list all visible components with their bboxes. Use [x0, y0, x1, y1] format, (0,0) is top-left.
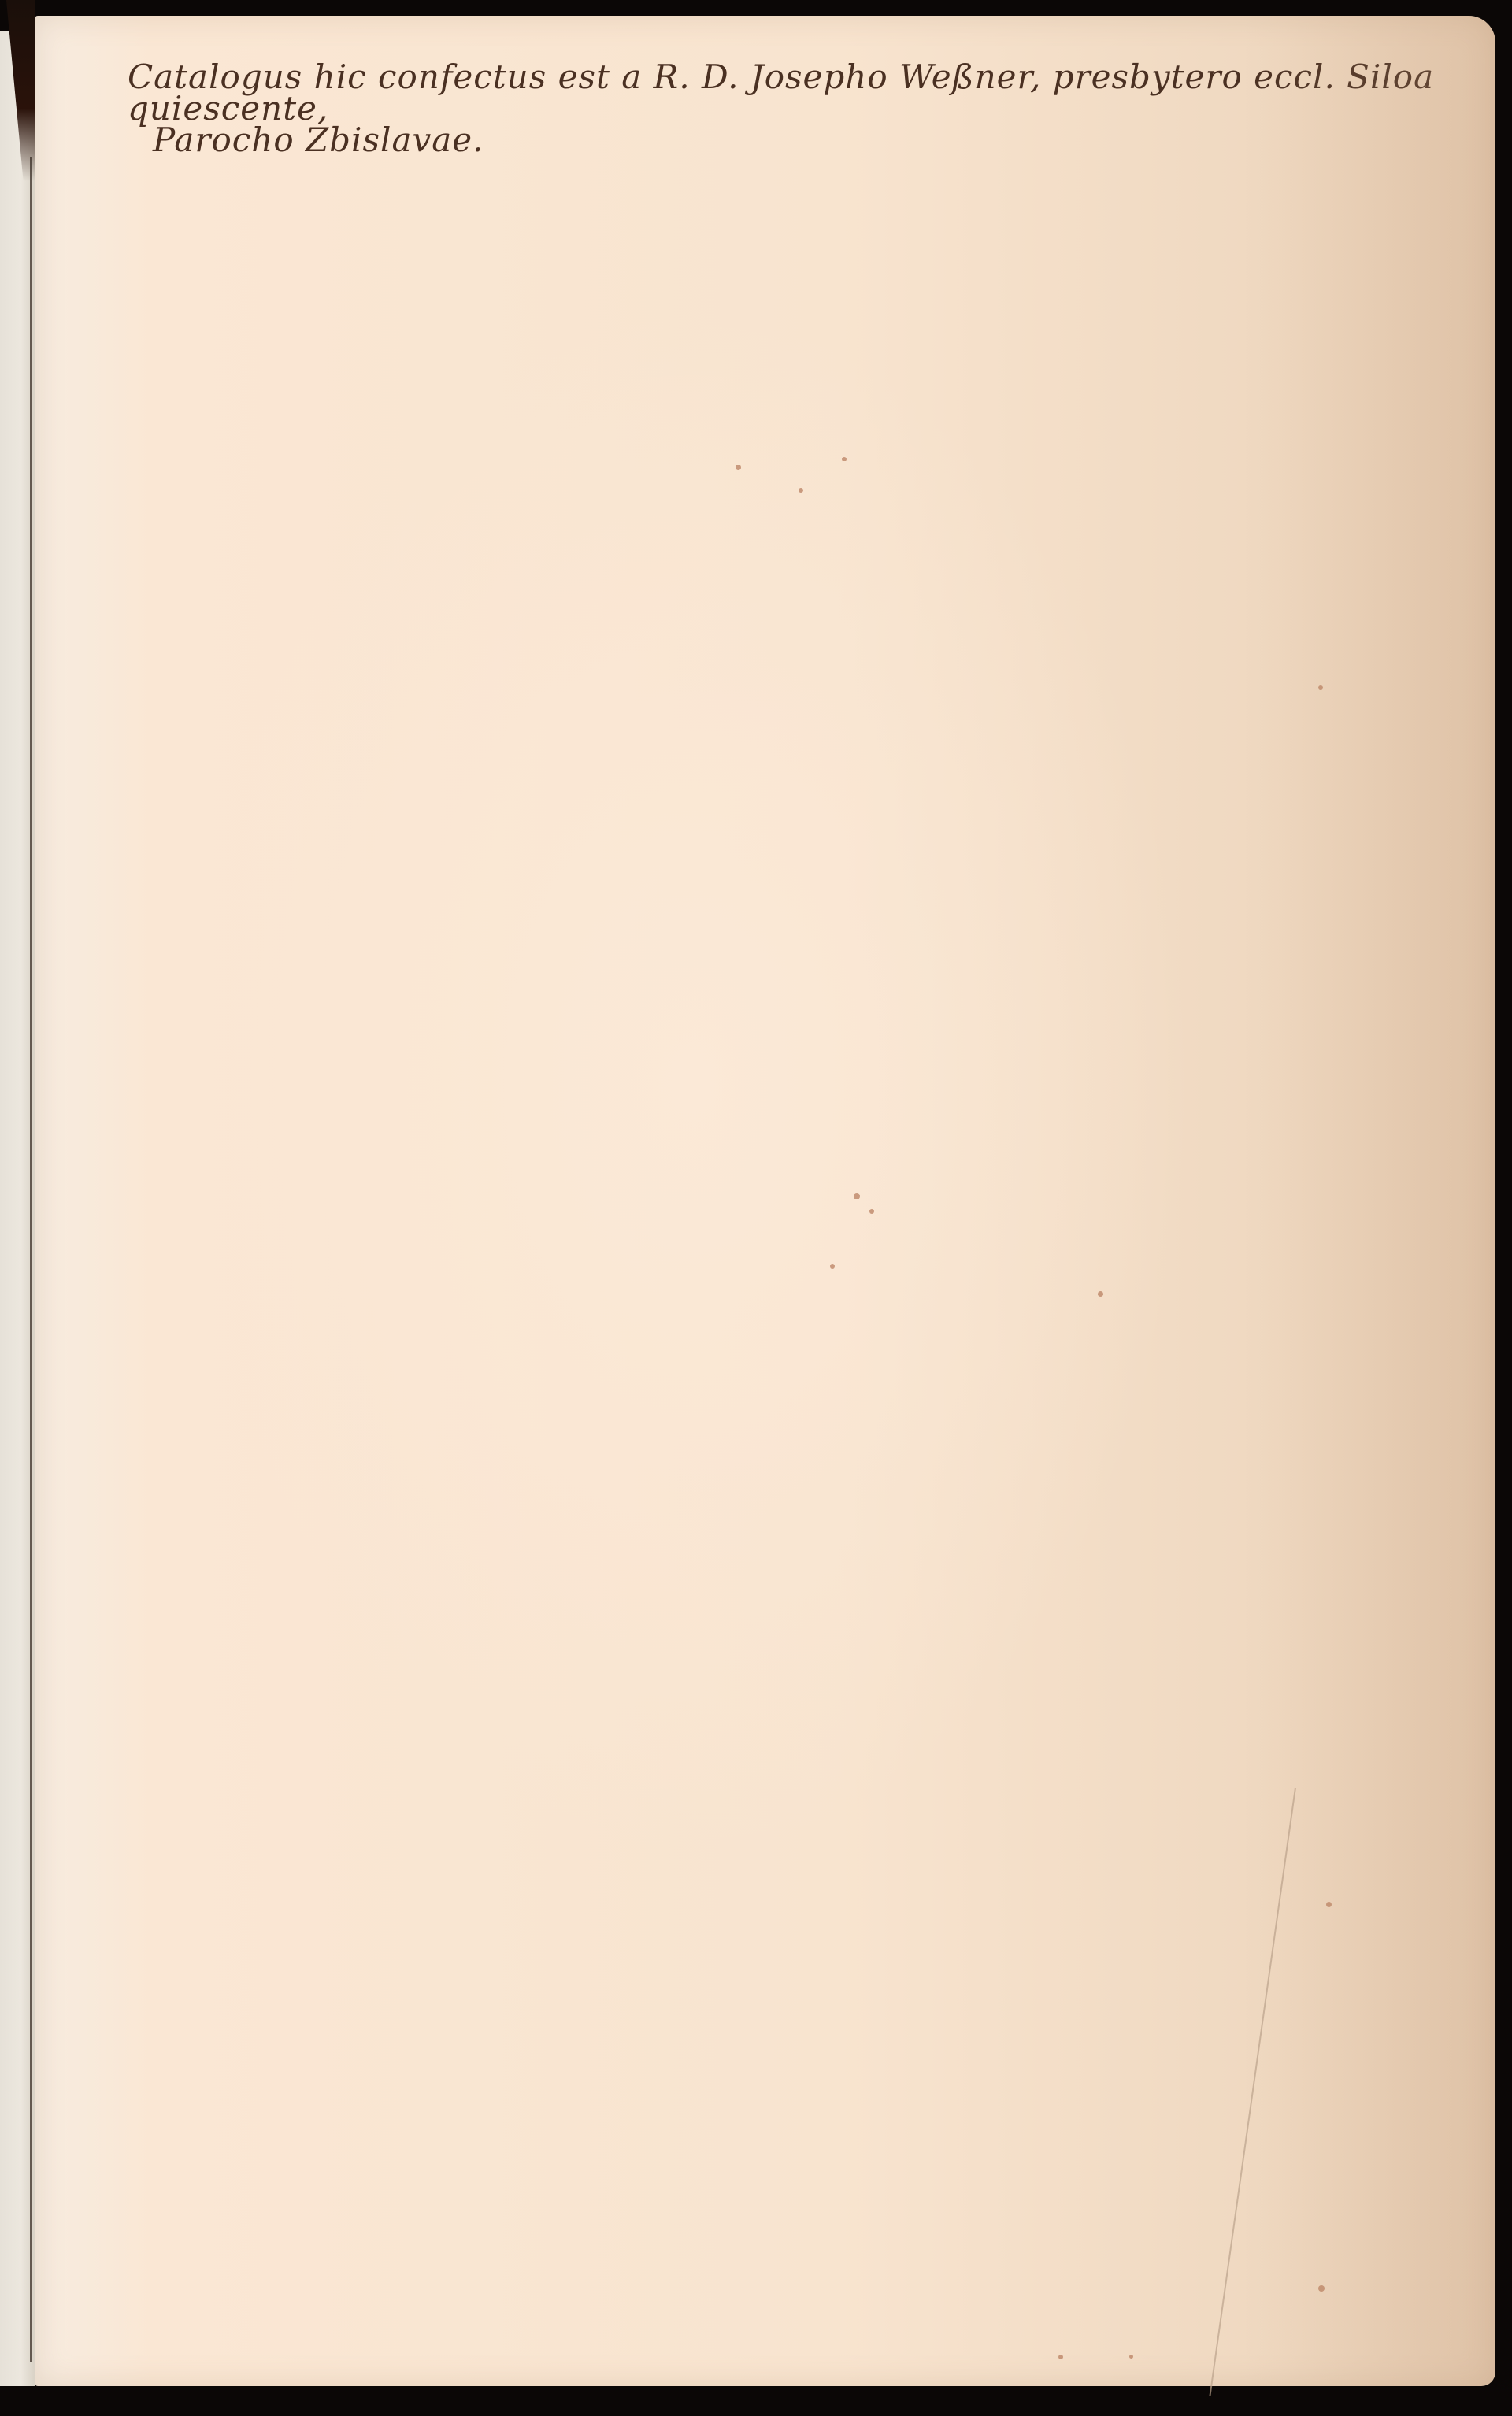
foxing-spot	[830, 1264, 835, 1269]
foxing-spot	[869, 1209, 874, 1214]
foxing-spot	[736, 465, 741, 470]
foxing-spot	[1129, 2355, 1133, 2359]
foxing-spot	[1098, 1291, 1103, 1297]
inscription-line-1: Catalogus hic confectus est a R. D. Jose…	[128, 57, 1434, 128]
foxing-spot	[799, 488, 803, 493]
gutter-line	[30, 157, 32, 2362]
foxing-spot	[1058, 2355, 1063, 2359]
foxing-spot	[1326, 1902, 1332, 1907]
foxing-spot	[842, 457, 847, 461]
paper-crease	[1209, 1788, 1296, 2396]
manuscript-page: Catalogus hic confectus est a R. D. Jose…	[35, 16, 1495, 2386]
foxing-spot	[1318, 2285, 1325, 2292]
handwritten-inscription: Catalogus hic confectus est a R. D. Jose…	[128, 61, 1512, 156]
foxing-spot	[1318, 685, 1323, 690]
inscription-line-2: Parocho Zbislavae.	[128, 124, 1512, 156]
foxing-spot	[854, 1193, 860, 1199]
